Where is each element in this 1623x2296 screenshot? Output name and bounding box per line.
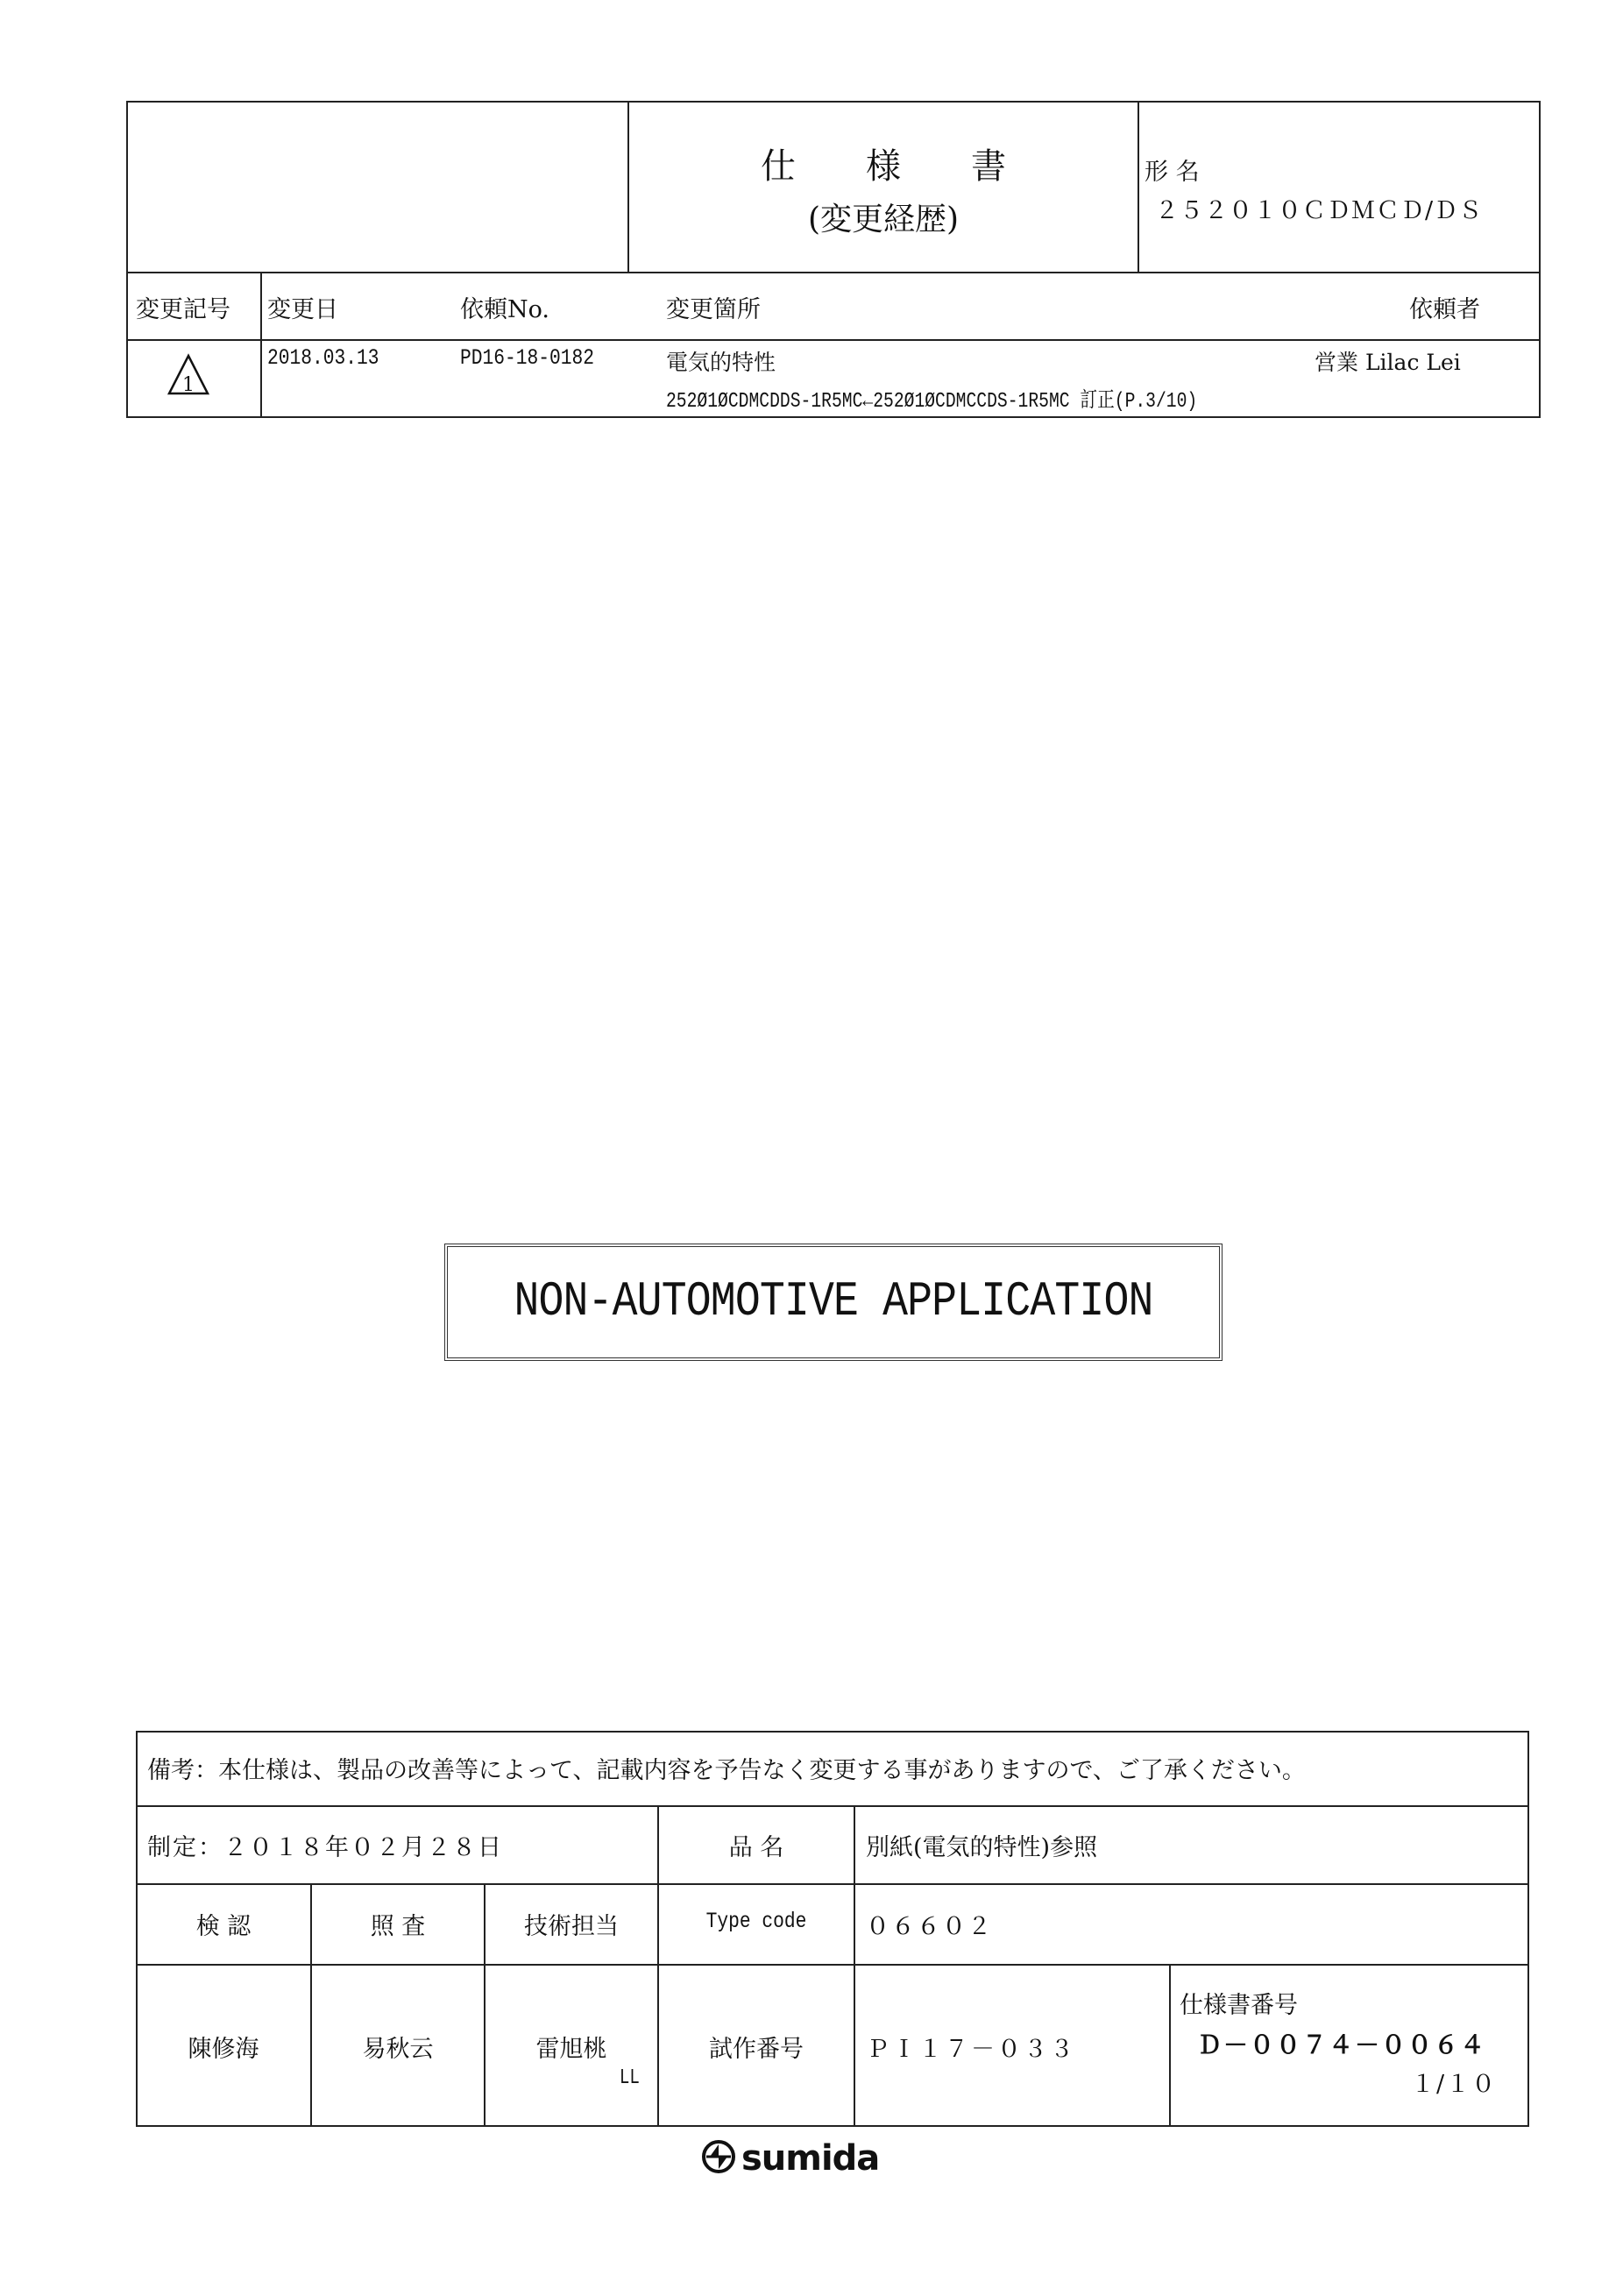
divider xyxy=(136,1964,1529,1966)
document-title: 仕 様 書 xyxy=(629,138,1138,188)
prototype-no-value: ＰＩ１７－０３３ xyxy=(866,2030,1076,2064)
divider xyxy=(1169,1965,1171,2127)
divider xyxy=(854,1806,855,2127)
revision-mark-triangle-icon: 1 xyxy=(167,353,210,397)
divider xyxy=(126,272,1541,273)
col-header-requester: 依頼者 xyxy=(1409,290,1480,324)
model-label: 形 名 xyxy=(1145,152,1200,187)
non-automotive-notice-text: NON-AUTOMOTIVE APPLICATION xyxy=(502,1273,1166,1329)
divider xyxy=(136,1805,1529,1807)
revision-request-no: PD16-18-0182 xyxy=(460,345,594,371)
svg-text:1: 1 xyxy=(182,374,195,396)
revision-location: 電気的特性 xyxy=(666,345,776,377)
approver-check-name: 陳修海 xyxy=(137,2030,310,2064)
approver-review-name: 易秋云 xyxy=(312,2030,484,2064)
prototype-no-label: 試作番号 xyxy=(659,2030,854,2064)
col-header-location: 変更箇所 xyxy=(666,290,761,324)
model-value: ２５２０１０ＣＤＭＣＤ/ＤＳ xyxy=(1155,191,1483,225)
remarks-text: 備考：本仕様は、製品の改善等によって、記載内容を予告なく変更する事がありますので… xyxy=(147,1751,1306,1785)
approval-header-check: 検 認 xyxy=(137,1907,310,1941)
product-name-label: 品 名 xyxy=(659,1828,854,1862)
sumida-logo: sumida xyxy=(701,2138,879,2179)
approval-header-review: 照 査 xyxy=(312,1907,484,1941)
type-code-label: Type code xyxy=(674,1909,840,1934)
product-name-value: 別紙(電気的特性)参照 xyxy=(866,1828,1097,1862)
spec-no-value: Ｄ－００７４－００６４ xyxy=(1197,2026,1486,2061)
sumida-logo-icon xyxy=(701,2139,736,2178)
divider xyxy=(136,1883,1529,1885)
approval-header-engineer: 技術担当 xyxy=(485,1907,657,1941)
revision-requester: 営業 Lilac Lei xyxy=(1315,345,1461,377)
divider xyxy=(1138,101,1139,273)
non-automotive-notice-box: NON-AUTOMOTIVE APPLICATION xyxy=(444,1244,1223,1361)
page-number: １/１０ xyxy=(1411,2065,1497,2099)
approver-engineer-name: 雷旭桃 xyxy=(485,2030,657,2064)
col-header-mark: 変更記号 xyxy=(136,290,230,324)
col-header-request-no: 依頼No. xyxy=(460,290,549,324)
revision-date: 2018.03.13 xyxy=(267,345,379,371)
established-date: 制定：２０１８年０２月２８日 xyxy=(147,1828,503,1862)
divider xyxy=(260,273,262,418)
col-header-date: 変更日 xyxy=(267,290,338,324)
revision-detail: 252Ø1ØCDMCDDS-1R5MC←252Ø1ØCDMCCDS-1R5MC … xyxy=(666,382,1197,414)
spec-no-label: 仕様書番号 xyxy=(1180,1986,1298,2020)
document-subtitle: (変更経歴) xyxy=(629,195,1138,239)
approver-initials: LL xyxy=(620,2066,640,2090)
sumida-logo-text: sumida xyxy=(741,2138,879,2179)
divider xyxy=(126,339,1541,341)
type-code-value: ０６６０２ xyxy=(866,1907,993,1941)
